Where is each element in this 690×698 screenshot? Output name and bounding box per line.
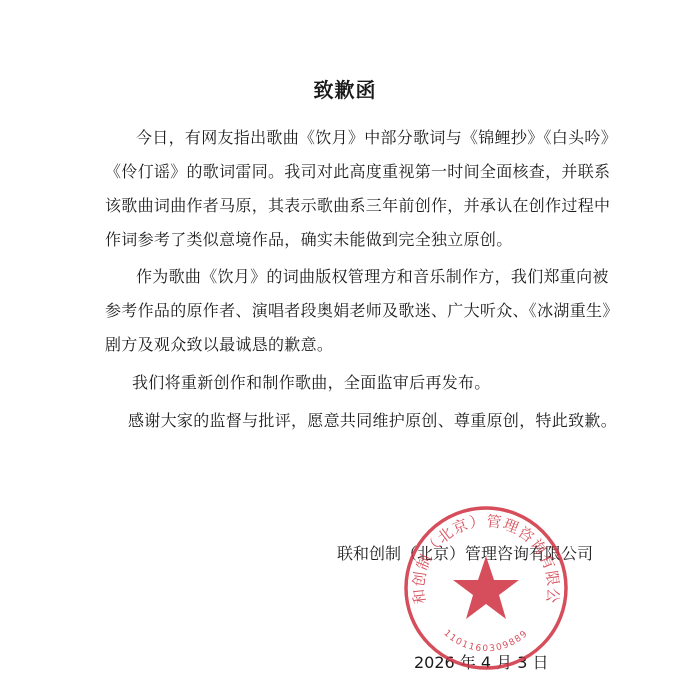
paragraph-4: 感谢大家的监督与批评，愿意共同维护原创、尊重原创，特此致歉。 [128,408,617,431]
paragraph-2-line-3: 剧方及观众致以最诚恳的歉意。 [105,332,333,355]
paragraph-1-line-4: 作词参考了类似意境作品，确实未能做到完全独立原创。 [105,227,513,250]
svg-text:1101160309889: 1101160309889 [441,628,530,654]
paragraph-1-line-3: 该歌曲词曲作者马原，其表示歌曲系三年前创作，并承认在创作过程中 [105,193,610,216]
paragraph-3: 我们将重新创作和制作歌曲，全面监审后再发布。 [132,370,491,393]
company-seal-icon: 联和创制（北京）管理咨询有限公司 1101160309889 [402,504,570,672]
letter-title: 致歉函 [0,74,690,103]
paragraph-2-line-1: 作为歌曲《饮月》的词曲版权管理方和音乐制作方，我们郑重向被 [136,264,609,287]
paragraph-1-line-1: 今日，有网友指出歌曲《饮月》中部分歌词与《锦鲤抄》《白头吟》 [136,125,617,148]
paragraph-2-line-2: 参考作品的原作者、演唱者段奥娟老师及歌迷、广大听众、《冰湖重生》 [105,298,619,321]
paragraph-1-line-2: 《伶仃谣》的歌词雷同。我司对此高度重视第一时间全面核查，并联系 [105,159,610,182]
